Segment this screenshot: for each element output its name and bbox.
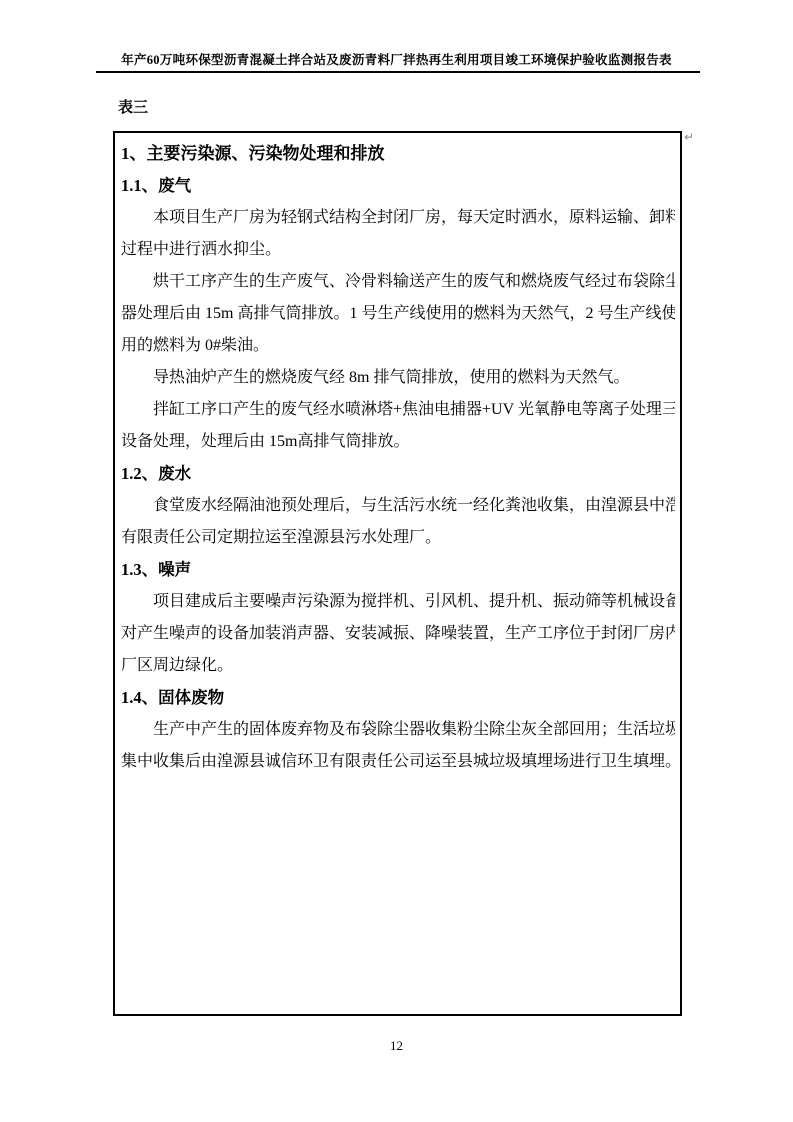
section-heading: 1.4、固体废物	[121, 682, 675, 714]
text-line: 有限责任公司定期拉运至湟源县污水处理厂。	[121, 522, 675, 554]
header-rule	[96, 71, 700, 73]
text-line: 集中收集后由湟源县诚信环卫有限责任公司运至县城垃圾填埋场进行卫生填埋。	[121, 746, 675, 778]
text-line: 1.4、固体废物	[121, 682, 675, 714]
section-heading: 1.1、废气	[121, 170, 675, 202]
text-line: 过程中进行洒水抑尘。	[121, 234, 675, 266]
text-line: 1、主要污染源、污染物处理和排放	[121, 138, 675, 170]
paragraph: 导热油炉产生的燃烧废气经 8m 排气筒排放，使用的燃料为天然气。	[121, 362, 675, 394]
text-line: 1.3、噪声	[121, 554, 675, 586]
text-line: 本项目生产厂房为轻钢式结构全封闭厂房，每天定时洒水，原料运输、卸料	[121, 202, 675, 234]
section-heading: 1、主要污染源、污染物处理和排放	[121, 138, 675, 170]
paragraph: 本项目生产厂房为轻钢式结构全封闭厂房，每天定时洒水，原料运输、卸料过程中进行洒水…	[121, 202, 675, 266]
text-line: 厂区周边绿化。	[121, 650, 675, 682]
section-heading: 1.2、废水	[121, 458, 675, 490]
text-line: 1.1、废气	[121, 170, 675, 202]
paragraph: 食堂废水经隔油池预处理后，与生活污水统一经化粪池收集，由湟源县中浩供排水有限责任…	[121, 490, 675, 554]
text-line: 设备处理，处理后由 15m高排气筒排放。	[121, 426, 675, 458]
table-label: 表三	[118, 96, 148, 117]
table-blocks: 1、主要污染源、污染物处理和排放1.1、废气本项目生产厂房为轻钢式结构全封闭厂房…	[121, 138, 675, 778]
text-line: 生产中产生的固体废弃物及布袋除尘器收集粉尘除尘灰全部回用；生活垃圾	[121, 714, 675, 746]
paragraph-mark-icon: ↵	[684, 130, 694, 144]
document-page: 年产60万吨环保型沥青混凝土拌合站及废沥青料厂拌热再生利用项目竣工环境保护验收监…	[0, 0, 793, 1122]
text-line: 项目建成后主要噪声污染源为搅拌机、引风机、提升机、振动筛等机械设备。	[121, 586, 675, 618]
paragraph: 烘干工序产生的生产废气、冷骨料输送产生的废气和燃烧废气经过布袋除尘器处理后由 1…	[121, 266, 675, 362]
paragraph: 拌缸工序口产生的废气经水喷淋塔+焦油电捕器+UV 光氧静电等离子处理三级处理设备…	[121, 394, 675, 458]
paragraph: 生产中产生的固体废弃物及布袋除尘器收集粉尘除尘灰全部回用；生活垃圾集中收集后由湟…	[121, 714, 675, 778]
text-line: 用的燃料为 0#柴油。	[121, 330, 675, 362]
page-number: 12	[0, 1038, 793, 1054]
text-line: 拌缸工序口产生的废气经水喷淋塔+焦油电捕器+UV 光氧静电等离子处理三级处理	[121, 394, 675, 426]
text-line: 导热油炉产生的燃烧废气经 8m 排气筒排放，使用的燃料为天然气。	[121, 362, 675, 394]
paragraph: 项目建成后主要噪声污染源为搅拌机、引风机、提升机、振动筛等机械设备。对产生噪声的…	[121, 586, 675, 682]
text-line: 食堂废水经隔油池预处理后，与生活污水统一经化粪池收集，由湟源县中浩供排水	[121, 490, 675, 522]
text-line: 器处理后由 15m 高排气筒排放。1 号生产线使用的燃料为天然气，2 号生产线使	[121, 298, 675, 330]
page-header-title: 年产60万吨环保型沥青混凝土拌合站及废沥青料厂拌热再生利用项目竣工环境保护验收监…	[0, 50, 793, 68]
text-line: 对产生噪声的设备加装消声器、安装减振、降噪装置，生产工序位于封闭厂房内，	[121, 618, 675, 650]
text-line: 烘干工序产生的生产废气、冷骨料输送产生的废气和燃烧废气经过布袋除尘	[121, 266, 675, 298]
content-table: 1、主要污染源、污染物处理和排放1.1、废气本项目生产厂房为轻钢式结构全封闭厂房…	[113, 131, 682, 1016]
text-line: 1.2、废水	[121, 458, 675, 490]
section-heading: 1.3、噪声	[121, 554, 675, 586]
